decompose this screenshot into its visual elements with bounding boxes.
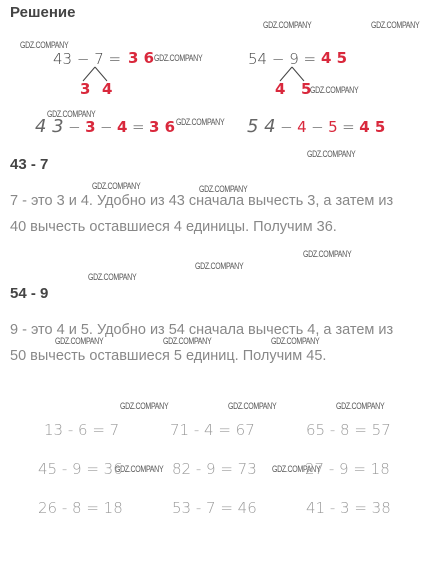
chain-equals: = [342,118,355,136]
watermark: GDZ.COMPANY [176,117,224,127]
practice-item: 41 - 3 = 38 [306,499,391,517]
split-right: 4 [102,80,112,98]
watermark: GDZ.COMPANY [154,53,202,63]
chain-result: 3 6 [149,118,175,136]
diagram-result: 3 6 [128,49,154,67]
split-left: 3 [80,80,90,98]
practice-item: 71 - 4 = 67 [170,421,255,439]
section-heading-54-9: 54 - 9 [10,285,48,302]
watermark: GDZ.COMPANY [263,20,311,30]
practice-item: 53 - 7 = 46 [172,499,257,517]
practice-item: 26 - 8 = 18 [38,499,123,517]
practice-item: 13 - 6 = 7 [44,421,119,439]
watermark: GDZ.COMPANY [303,249,351,259]
chain-equals: = [132,118,145,136]
explanation-line: 7 - это 3 и 4. Удобно из 43 сначала выче… [10,188,448,214]
diagram-result: 4 5 [321,49,347,67]
watermark: GDZ.COMPANY [228,401,276,411]
watermark: GDZ.COMPANY [307,149,355,159]
chain-part: 4 [117,118,127,136]
chain-equation: 4 3 − 3 − 4 = 3 6 [35,116,175,137]
explanation-line: 9 - это 4 и 5. Удобно из 54 сначала выче… [10,317,448,343]
practice-item: 82 - 9 = 73 [172,460,257,478]
split-right: 5 [301,80,311,98]
chain-op: − [100,118,113,136]
watermark: GDZ.COMPANY [88,272,136,282]
chain-start: 5 4 [247,116,276,137]
chain-result: 4 5 [359,118,385,136]
practice-item: 27 - 9 = 18 [305,460,390,478]
watermark: GDZ.COMPANY [371,20,419,30]
section-heading-43-7: 43 - 7 [10,156,48,173]
watermark: GDZ.COMPANY [20,40,68,50]
explanation-line: 50 вычесть оставшиеся 5 единиц. Получим … [10,343,448,369]
chain-part: 3 [85,118,95,136]
chain-start: 4 3 [35,116,64,137]
practice-item: 45 - 9 = 36 [38,460,123,478]
chain-part: 5 [328,118,338,136]
practice-item: 65 - 8 = 57 [306,421,391,439]
watermark: GDZ.COMPANY [195,261,243,271]
split-left: 4 [275,80,285,98]
chain-equation: 5 4 − 4 − 5 = 4 5 [247,116,385,137]
chain-part: 4 [297,118,307,136]
watermark: GDZ.COMPANY [120,401,168,411]
watermark: GDZ.COMPANY [310,85,358,95]
explanation-line: 40 вычесть оставшиеся 4 единицы. Получим… [10,214,448,240]
chain-op: − [280,118,293,136]
solution-title: Решение [10,4,75,21]
chain-op: − [68,118,81,136]
chain-op: − [311,118,324,136]
watermark: GDZ.COMPANY [336,401,384,411]
